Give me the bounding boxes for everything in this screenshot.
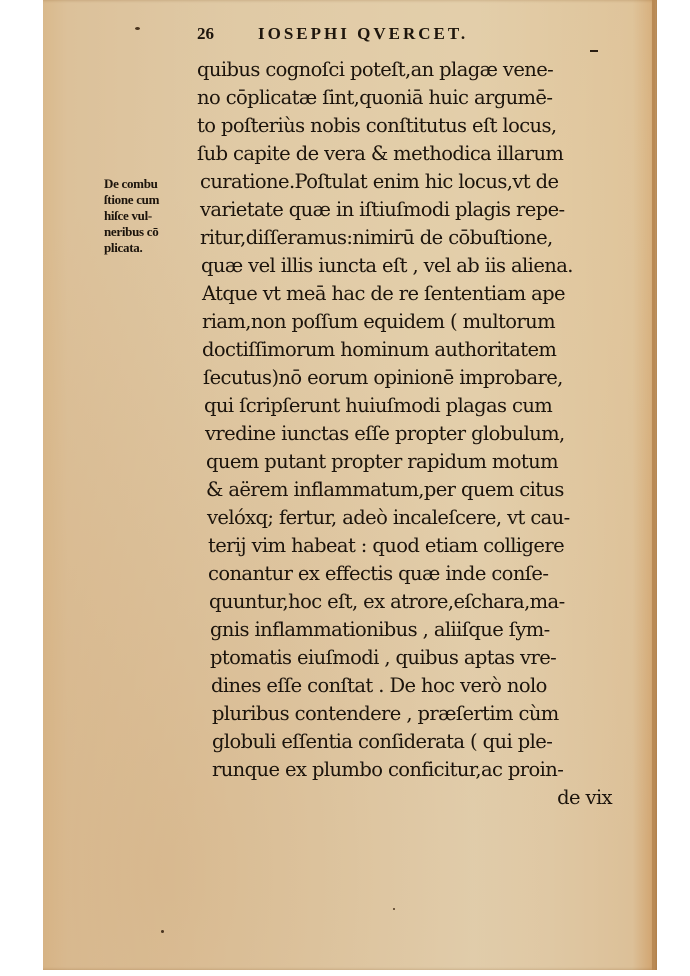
text-line: terij vim habeat : quod etiam colligere <box>208 532 564 560</box>
text-line: varietate quæ in iſtiuſmodi plagis repe- <box>200 196 565 224</box>
text-line: vredine iunctas eſſe propter globulum, <box>205 420 565 448</box>
text-line: riam,non poſſum equidem ( multorum <box>202 308 555 336</box>
text-line: ptomatis eiuſmodi , quibus aptas vre- <box>210 644 556 672</box>
text-line: quuntur,hoc eſt, ex atrore,eſchara,ma- <box>209 588 565 616</box>
text-line: velóxq; fertur, adeò incaleſcere, vt cau… <box>207 504 570 532</box>
catchword: de vix <box>557 784 612 812</box>
text-line: quibus cognoſci poteſt,an plagæ vene- <box>197 56 553 84</box>
text-line: pluribus contendere , præſertim cùm <box>212 700 559 728</box>
text-line: qui ſcripſerunt huiuſmodi plagas cum <box>204 392 552 420</box>
text-line: & aërem inflammatum,per quem citus <box>206 476 564 504</box>
text-line: dines eſſe conſtat . De hoc verò nolo <box>211 672 547 700</box>
text-line: curatione.Poſtulat enim hic locus,vt de <box>200 168 558 196</box>
text-line: quem putant propter rapidum motum <box>206 448 558 476</box>
text-line: quæ vel illis iuncta eſt , vel ab iis al… <box>201 252 573 280</box>
text-line: no cōplicatæ ſint,quoniā huic argumē- <box>197 84 552 112</box>
text-line: ſecutus)nō eorum opinionē improbare, <box>203 364 563 392</box>
body-text: quibus cognoſci poteſt,an plagæ vene- no… <box>0 0 690 976</box>
text-line: Atque vt meā hac de re ſententiam ape <box>202 280 565 308</box>
text-line: ritur,diſſeramus:nimirū de cōbuſtione, <box>200 224 553 252</box>
text-line: runque ex plumbo conficitur,ac proin- <box>212 756 563 784</box>
text-line: to poſteriùs nobis conſtitutus eſt locus… <box>197 112 557 140</box>
text-line: gnis inflammationibus , aliiſque ſym- <box>210 616 550 644</box>
text-line: conantur ex effectis quæ inde conſe- <box>208 560 548 588</box>
text-line: globuli eſſentia conſiderata ( qui ple- <box>212 728 552 756</box>
text-line: ſub capite de vera & methodica illarum <box>197 140 563 168</box>
text-line: doctiſſimorum hominum authoritatem <box>202 336 556 364</box>
